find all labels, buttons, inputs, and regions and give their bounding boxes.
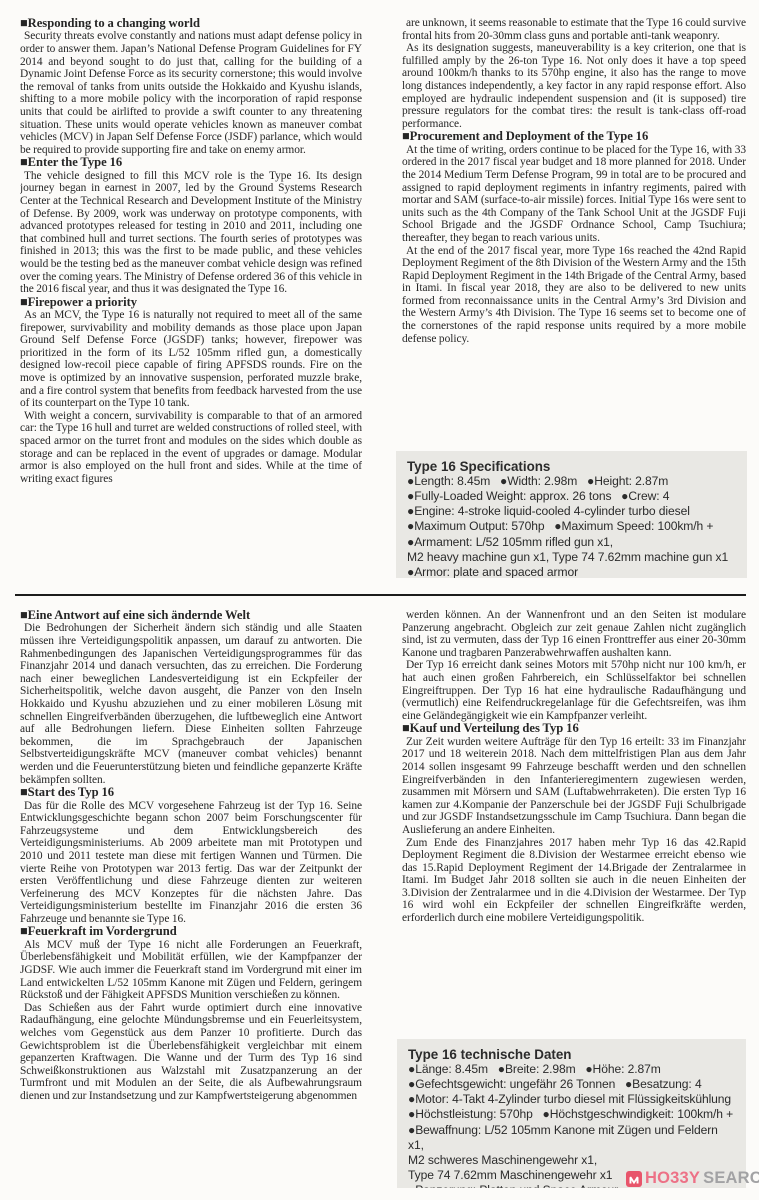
spec-line: M2 schweres Maschinengewehr x1, bbox=[408, 1153, 736, 1168]
paragraph: Das Schießen aus der Fahrt wurde optimie… bbox=[20, 1002, 362, 1103]
spec-line: ●Armor: plate and spaced armor bbox=[407, 565, 737, 578]
section-heading: ■Kauf und Verteilung des Typ 16 bbox=[402, 722, 746, 735]
spec-line: ●Engine: 4-stroke liquid-cooled 4-cylind… bbox=[407, 504, 737, 519]
section-heading: ■Start des Typ 16 bbox=[20, 786, 362, 799]
paragraph: are unknown, it seems reasonable to esti… bbox=[402, 17, 746, 42]
spec-line: ●Länge: 8.45m ●Breite: 2.98m ●Höhe: 2.87… bbox=[408, 1062, 736, 1077]
paragraph: At the time of writing, orders continue … bbox=[402, 144, 746, 245]
english-spec-box-lines: ●Length: 8.45m ●Width: 2.98m ●Height: 2.… bbox=[407, 474, 737, 578]
spec-line: ●Maximum Output: 570hp ●Maximum Speed: 1… bbox=[407, 519, 737, 534]
english-spec-box: Type 16 Specifications ●Length: 8.45m ●W… bbox=[396, 451, 747, 578]
section-divider-rule bbox=[15, 594, 746, 596]
spec-line: ●Bewaffnung: L/52 105mm Kanone mit Zügen… bbox=[408, 1123, 736, 1153]
section-heading: ■Responding to a changing world bbox=[20, 17, 362, 30]
german-left-column: ■Eine Antwort auf eine sich ändernde Wel… bbox=[20, 609, 362, 1183]
english-spec-box-title: Type 16 Specifications bbox=[407, 459, 737, 474]
paragraph: Als MCV muß der Type 16 nicht alle Forde… bbox=[20, 939, 362, 1002]
spec-line: ●Gefechtsgewicht: ungefähr 26 Tonnen ●Be… bbox=[408, 1077, 736, 1092]
paragraph: As an MCV, the Type 16 is naturally not … bbox=[20, 309, 362, 410]
english-left-column: ■Responding to a changing worldSecurity … bbox=[20, 17, 362, 593]
paragraph: As its designation suggests, maneuverabi… bbox=[402, 42, 746, 130]
paragraph: At the end of the 2017 fiscal year, more… bbox=[402, 245, 746, 346]
scanned-instruction-page: ■Responding to a changing worldSecurity … bbox=[0, 0, 759, 1200]
paragraph: Der Typ 16 erreicht dank seines Motors m… bbox=[402, 659, 746, 722]
paragraph: Die Bedrohungen der Sicherheit ändern si… bbox=[20, 622, 362, 786]
paragraph: The vehicle designed to fill this MCV ro… bbox=[20, 170, 362, 296]
paragraph: Zum Ende des Finanzjahres 2017 haben meh… bbox=[402, 837, 746, 925]
section-heading: ■Feuerkraft im Vordergrund bbox=[20, 925, 362, 938]
flame-icon bbox=[626, 1171, 642, 1187]
spec-line: ●Fully-Loaded Weight: approx. 26 tons ●C… bbox=[407, 489, 737, 504]
paragraph: With weight a concern, survivability is … bbox=[20, 410, 362, 486]
section-heading: ■Enter the Type 16 bbox=[20, 156, 362, 169]
paragraph: werden können. An der Wannenfront und an… bbox=[402, 609, 746, 659]
section-heading: ■Procurement and Deployment of the Type … bbox=[402, 130, 746, 143]
spec-line: M2 heavy machine gun x1, Type 74 7.62mm … bbox=[407, 550, 737, 565]
hobbysearch-brand-text: HO33Y bbox=[645, 1169, 700, 1188]
german-right-column: werden können. An der Wannenfront und an… bbox=[402, 609, 746, 1033]
spec-line: ●Motor: 4-Takt 4-Zylinder turbo diesel m… bbox=[408, 1092, 736, 1107]
spec-line: ●Höchstleistung: 570hp ●Höchstgeschwindi… bbox=[408, 1107, 736, 1122]
english-right-column: are unknown, it seems reasonable to esti… bbox=[402, 17, 746, 445]
section-heading: ■Firepower a priority bbox=[20, 296, 362, 309]
german-spec-box-title: Type 16 technische Daten bbox=[408, 1047, 736, 1062]
section-heading: ■Eine Antwort auf eine sich ändernde Wel… bbox=[20, 609, 362, 622]
hobbysearch-search-text: SEARCH bbox=[703, 1169, 759, 1188]
paragraph: Das für die Rolle des MCV vorgesehene Fa… bbox=[20, 800, 362, 926]
paragraph: Security threats evolve constantly and n… bbox=[20, 30, 362, 156]
german-spec-box: Type 16 technische Daten ●Länge: 8.45m ●… bbox=[397, 1039, 746, 1188]
spec-line: ●Armament: L/52 105mm rifled gun x1, bbox=[407, 535, 737, 550]
spec-line: ●Length: 8.45m ●Width: 2.98m ●Height: 2.… bbox=[407, 474, 737, 489]
paragraph: Zur Zeit wurden weitere Aufträge für den… bbox=[402, 736, 746, 837]
hobbysearch-watermark: HO33Y SEARCH bbox=[626, 1169, 759, 1188]
